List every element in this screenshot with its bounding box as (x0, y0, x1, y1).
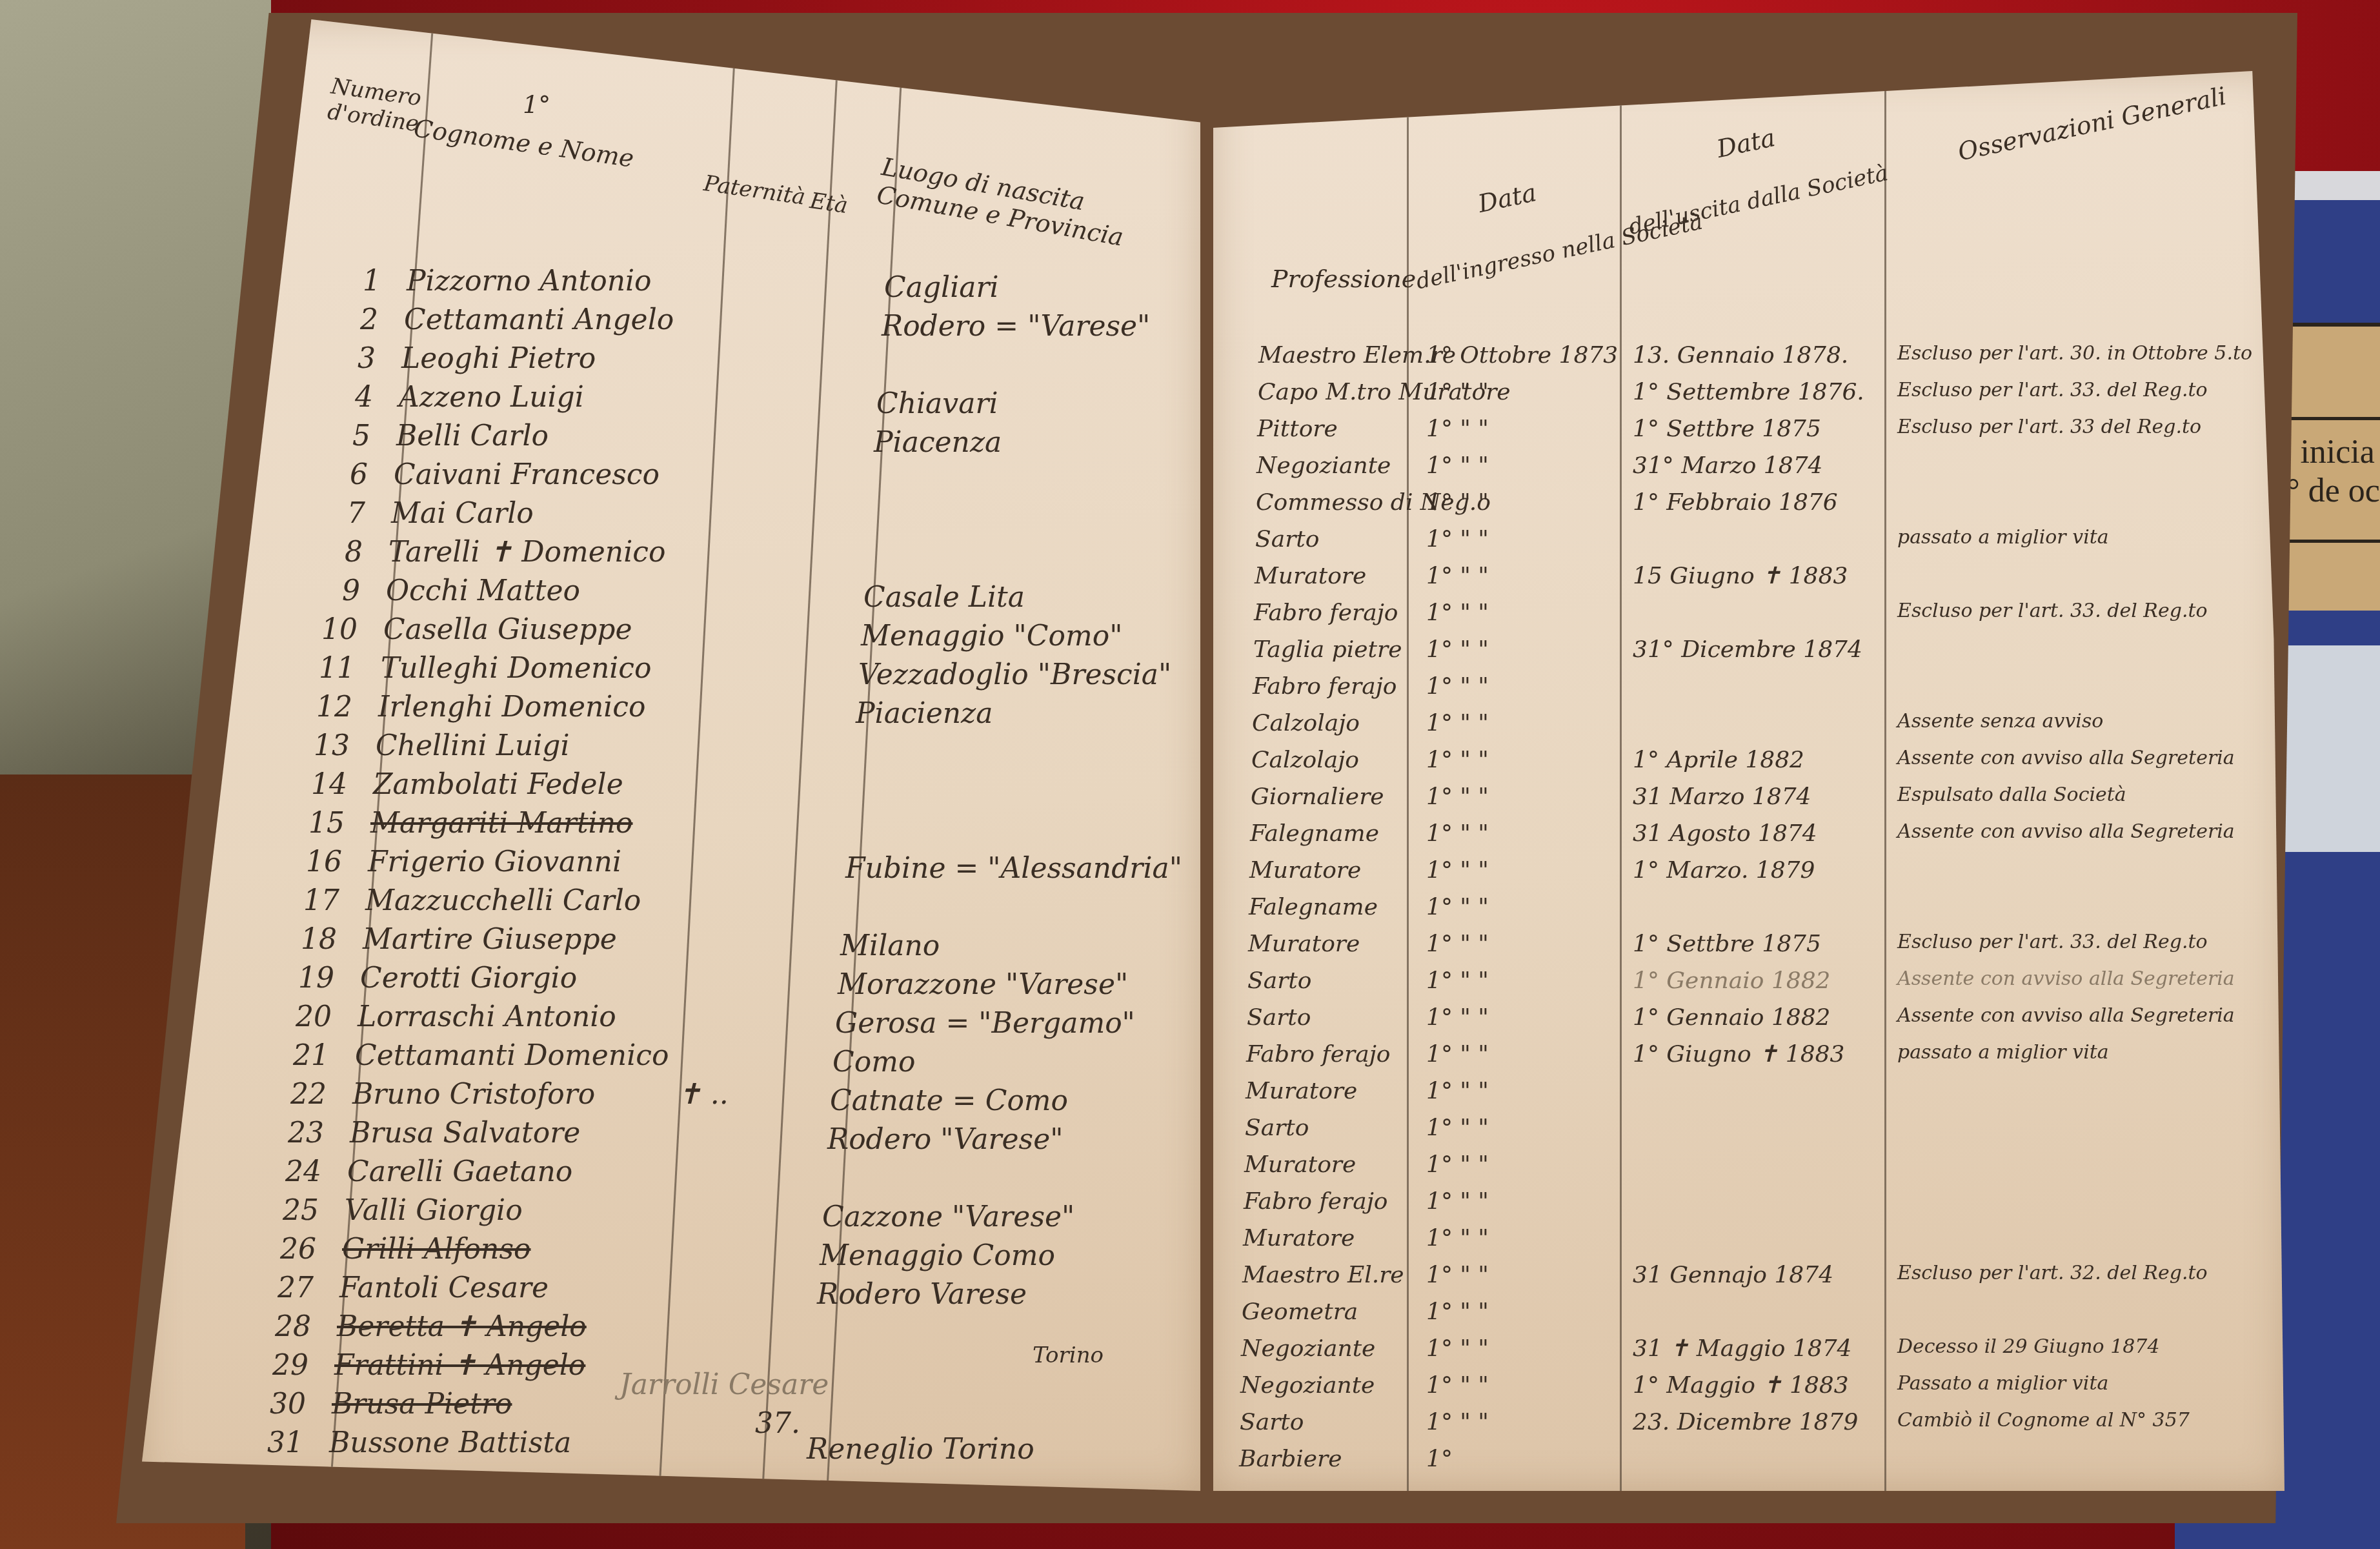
member-name: Tarelli ✝ Domenico (388, 536, 665, 569)
row-number: 26 (245, 1233, 316, 1266)
observation-note: Assente con avviso alla Segreteria (1897, 747, 2235, 769)
header-name: Cognome e Nome (412, 114, 636, 172)
exit-date: 1° Settbre 1875 (1633, 416, 1821, 442)
profession: Giornaliere (1251, 784, 1384, 810)
observation-note: Escluso per l'art. 32. del Reg.to (1897, 1262, 2208, 1284)
birthplace: Catnate = Como (830, 1084, 1068, 1117)
profession: Barbiere (1239, 1446, 1342, 1472)
profession: Negoziante (1256, 452, 1391, 479)
exit-date: 23. Dicembre 1879 (1633, 1409, 1858, 1435)
profession: Calzolajo (1251, 747, 1359, 773)
entry-date: 1° " " (1426, 416, 1489, 442)
row-number: 3 (305, 342, 376, 375)
exit-date: 31 Marzo 1874 (1633, 784, 1811, 810)
entry-date: 1° " " (1426, 931, 1489, 957)
entry-date: 1° " " (1426, 452, 1489, 479)
header-observations: Osservazioni Generali (1955, 81, 2229, 166)
profession: Sarto (1255, 526, 1319, 552)
exit-date: 15 Giugno ✝ 1883 (1633, 563, 1848, 589)
profession: Pittore (1257, 416, 1338, 442)
header-date-exit: dell'uscita dalla Società (1626, 160, 1890, 240)
exit-date: 1° Marzo. 1879 (1633, 857, 1815, 884)
observation-note: Assente con avviso alla Segreteria (1897, 967, 2235, 990)
profession: Muratore (1255, 563, 1366, 589)
member-name: Pizzorno Antonio (407, 265, 652, 298)
exit-date: 1° Settbre 1875 (1633, 931, 1821, 957)
open-ledger-book: Numero d'ordine 1° Cognome e Nome Patern… (116, 13, 2297, 1523)
member-name: Cettamanti Angelo (404, 303, 674, 336)
exit-date: 31° Dicembre 1874 (1633, 636, 1862, 663)
small-note: Torino (1033, 1342, 1104, 1368)
row-number: 27 (243, 1271, 314, 1304)
observation-note: Assente con avviso alla Segreteria (1897, 1004, 2235, 1027)
member-name: Belli Carlo (396, 420, 549, 452)
header-paternity: Paternità (702, 170, 807, 210)
row-number: 1 (310, 265, 381, 298)
birthplace: Fubine = "Alessandria" (845, 852, 1182, 885)
row-number: 23 (253, 1117, 324, 1149)
member-name: Brusa Salvatore (350, 1117, 580, 1149)
row-number: 13 (279, 729, 350, 762)
birthplace: Rodero Varese (817, 1278, 1027, 1311)
member-name: Mazzucchelli Carlo (365, 884, 641, 917)
exit-date: 1° Maggio ✝ 1883 (1633, 1372, 1849, 1399)
profession: Sarto (1245, 1115, 1309, 1141)
exit-date: 31 ✝ Maggio 1874 (1633, 1335, 1852, 1362)
profession: Muratore (1244, 1151, 1356, 1178)
observation-note: Escluso per l'art. 33. del Reg.to (1897, 931, 2208, 953)
birthplace: Milano (840, 929, 940, 962)
observation-note: Assente con avviso alla Segreteria (1897, 820, 2235, 843)
entry-date: 1° " " (1426, 1225, 1489, 1251)
member-name: Bruno Cristoforo (352, 1078, 595, 1111)
profession: Fabro ferajo (1254, 600, 1398, 626)
profession: Muratore (1249, 857, 1361, 884)
member-name: Grilli Alfonso (342, 1233, 531, 1266)
member-name: Irlenghi Domenico (378, 691, 646, 724)
birthplace: Reneglio Torino (807, 1433, 1034, 1466)
member-name: Chellini Luigi (376, 729, 570, 762)
entry-date: 1° " " (1426, 1188, 1489, 1215)
member-name: Caivani Francesco (394, 458, 660, 491)
member-name: Cerotti Giorgio (360, 962, 577, 995)
birthplace: Rodero "Varese" (827, 1123, 1063, 1156)
left-page: Numero d'ordine 1° Cognome e Nome Patern… (142, 19, 1200, 1491)
row-number: 19 (263, 962, 334, 995)
birthplace: Rodero = "Varese" (882, 310, 1150, 343)
entry-date: 1° " " (1426, 894, 1489, 920)
observation-note: Escluso per l'art. 33 del Reg.to (1897, 416, 2201, 438)
row-number: 11 (284, 652, 355, 685)
entry-date: 1° (1426, 1446, 1453, 1472)
row-number: 28 (240, 1310, 311, 1343)
header-birthplace: Luogo di nascita Comune e Provincia (874, 152, 1138, 253)
header-date-entry-title: Data (1475, 178, 1538, 218)
observation-note: passato a miglior vita (1897, 526, 2109, 549)
member-name: Carelli Gaetano (347, 1155, 572, 1188)
header-age: Età (809, 188, 850, 219)
row-number: 6 (297, 458, 368, 491)
profession: Sarto (1240, 1409, 1304, 1435)
row-number: 9 (289, 574, 360, 607)
row-number: 7 (294, 497, 365, 530)
row-number: 10 (287, 613, 358, 646)
row-number: 22 (256, 1078, 327, 1111)
member-name: Azzeno Luigi (399, 381, 584, 414)
entry-date: 1° " " (1426, 1151, 1489, 1178)
member-name: Mai Carlo (391, 497, 534, 530)
profession: Sarto (1247, 1004, 1311, 1031)
member-name: Lorraschi Antonio (358, 1000, 616, 1033)
observation-note: Assente senza avviso (1897, 710, 2103, 733)
profession: Calzolajo (1252, 710, 1360, 736)
profession: Muratore (1248, 931, 1360, 957)
exit-date: 1° Gennaio 1882 (1633, 1004, 1831, 1031)
observation-note: Cambiò il Cognome al N° 357 (1897, 1409, 2190, 1432)
birthplace: Cazzone "Varese" (822, 1200, 1074, 1233)
profession: Muratore (1243, 1225, 1355, 1251)
entry-date: 1° " " (1426, 820, 1489, 847)
row-number: 12 (281, 691, 352, 724)
entry-date: 1° " " (1426, 379, 1489, 405)
row-number: 14 (276, 768, 347, 801)
column-rule (658, 20, 737, 1490)
member-name: Leoghi Pietro (401, 342, 596, 375)
row-number: 30 (235, 1388, 306, 1421)
member-name: Cettamanti Domenico (355, 1039, 669, 1072)
exit-date: 1° Aprile 1882 (1633, 747, 1804, 773)
entry-date: 1° " " (1426, 489, 1489, 516)
header-profession: Professione (1271, 265, 1416, 293)
observation-note: Decesso il 29 Giugno 1874 (1897, 1335, 2160, 1358)
row-number: 16 (271, 845, 342, 878)
member-name: Occhi Matteo (386, 574, 580, 607)
observation-note: passato a miglior vita (1897, 1041, 2109, 1064)
observation-note: Escluso per l'art. 33. del Reg.to (1897, 600, 2208, 622)
entry-date: 1° " " (1426, 1004, 1489, 1031)
entry-date: 1° Ottobre 1873 (1426, 342, 1618, 369)
birthplace: Gerosa = "Bergamo" (835, 1007, 1135, 1040)
row-number: 31 (232, 1426, 303, 1459)
row-number: 18 (266, 923, 337, 956)
entry-date: 1° " " (1426, 600, 1489, 626)
row-number: 4 (302, 381, 373, 414)
exit-date: 1° Gennaio 1882 (1633, 967, 1831, 994)
member-name: Fantoli Cesare (339, 1271, 549, 1304)
exit-date: 31 Agosto 1874 (1633, 820, 1817, 847)
profession: Fabro ferajo (1246, 1041, 1391, 1068)
member-name: Bussone Battista (329, 1426, 571, 1459)
row-number: 17 (268, 884, 339, 917)
cross-mark: ✝ .. (678, 1078, 729, 1111)
entry-date: 1° " " (1426, 857, 1489, 884)
exit-date: 31 Gennajo 1874 (1633, 1262, 1833, 1288)
entry-date: 1° " " (1426, 710, 1489, 736)
member-name: Zambolati Fedele (373, 768, 623, 801)
row-number: 25 (248, 1194, 319, 1227)
exit-date: 13. Gennaio 1878. (1633, 342, 1848, 369)
entry-date: 1° " " (1426, 563, 1489, 589)
member-name: Valli Giorgio (345, 1194, 523, 1227)
entry-date: 1° " " (1426, 1262, 1489, 1288)
exit-date: 1° Settembre 1876. (1633, 379, 1864, 405)
member-name: Martire Giuseppe (363, 923, 617, 956)
column-rule (1884, 71, 1886, 1491)
birthplace: Piacenza (874, 426, 1002, 459)
header-date-exit-title: Data (1714, 123, 1777, 163)
observation-note: Escluso per l'art. 33. del Reg.to (1897, 379, 2208, 401)
profession: Negoziante (1241, 1335, 1375, 1362)
member-name: Brusa Pietro (332, 1388, 512, 1421)
profession: Fabro ferajo (1244, 1188, 1388, 1215)
row-number: 29 (237, 1349, 308, 1382)
side-note: Jarrolli Cesare (620, 1368, 829, 1401)
row-number: 8 (292, 536, 363, 569)
member-name: Beretta ✝ Angelo (337, 1310, 587, 1343)
member-name: Frattini ✝ Angelo (334, 1349, 585, 1382)
member-name: Frigerio Giovanni (368, 845, 621, 878)
member-name: Casella Giuseppe (383, 613, 632, 646)
observation-note: Passato a miglior vita (1897, 1372, 2108, 1395)
birthplace: Como (832, 1046, 915, 1078)
birthplace: Menaggio "Como" (861, 620, 1122, 653)
entry-date: 1° " " (1426, 1409, 1489, 1435)
birthplace: Menaggio Como (820, 1239, 1055, 1272)
birthplace: Chiavari (876, 387, 998, 420)
entry-date: 1° " " (1426, 967, 1489, 994)
row-number: 20 (261, 1000, 332, 1033)
observation-note: Espulsato dalla Società (1897, 784, 2126, 806)
entry-date: 1° " " (1426, 1335, 1489, 1362)
profession: Muratore (1245, 1078, 1357, 1104)
row-number: 24 (250, 1155, 321, 1188)
header-number: Numero d'ordine (326, 73, 397, 133)
profession: Taglia pietre (1253, 636, 1402, 663)
header-page-marker: 1° (523, 90, 550, 119)
exit-date: 1° Febbraio 1876 (1633, 489, 1838, 516)
row-number: 2 (307, 303, 378, 336)
right-page: Professione Data dell'ingresso nella Soc… (1213, 71, 2284, 1491)
entry-date: 1° " " (1426, 784, 1489, 810)
birthplace: Piacienza (856, 697, 993, 730)
birthplace: Casale Lita (863, 581, 1025, 614)
entry-date: 1° " " (1426, 636, 1489, 663)
entry-date: 1° " " (1426, 1078, 1489, 1104)
profession: Geometra (1242, 1299, 1358, 1325)
birthplace: Vezzadoglio "Brescia" (858, 658, 1171, 691)
entry-date: 1° " " (1426, 1115, 1489, 1141)
exit-date: 1° Giugno ✝ 1883 (1633, 1041, 1844, 1068)
entry-date: 1° " " (1426, 526, 1489, 552)
member-name: Tulleghi Domenico (381, 652, 652, 685)
profession: Sarto (1247, 967, 1311, 994)
row-number: 5 (299, 420, 370, 452)
column-rule (1620, 71, 1622, 1491)
profession: Falegname (1250, 820, 1379, 847)
age-value: 37. (755, 1407, 800, 1440)
member-name: Margariti Martino (370, 807, 632, 840)
birthplace: Morazzone "Varese" (838, 968, 1128, 1001)
profession: Fabro ferajo (1253, 673, 1397, 700)
row-number: 15 (274, 807, 345, 840)
entry-date: 1° " " (1426, 1041, 1489, 1068)
entry-date: 1° " " (1426, 673, 1489, 700)
birthplace: Cagliari (884, 271, 999, 304)
profession: Falegname (1249, 894, 1378, 920)
entry-date: 1° " " (1426, 747, 1489, 773)
row-number: 21 (258, 1039, 329, 1072)
entry-date: 1° " " (1426, 1372, 1489, 1399)
profession: Negoziante (1240, 1372, 1375, 1399)
exit-date: 31° Marzo 1874 (1633, 452, 1823, 479)
entry-date: 1° " " (1426, 1299, 1489, 1325)
profession: Maestro El.re (1242, 1262, 1404, 1288)
observation-note: Escluso per l'art. 30. in Ottobre 5.to (1897, 342, 2252, 365)
